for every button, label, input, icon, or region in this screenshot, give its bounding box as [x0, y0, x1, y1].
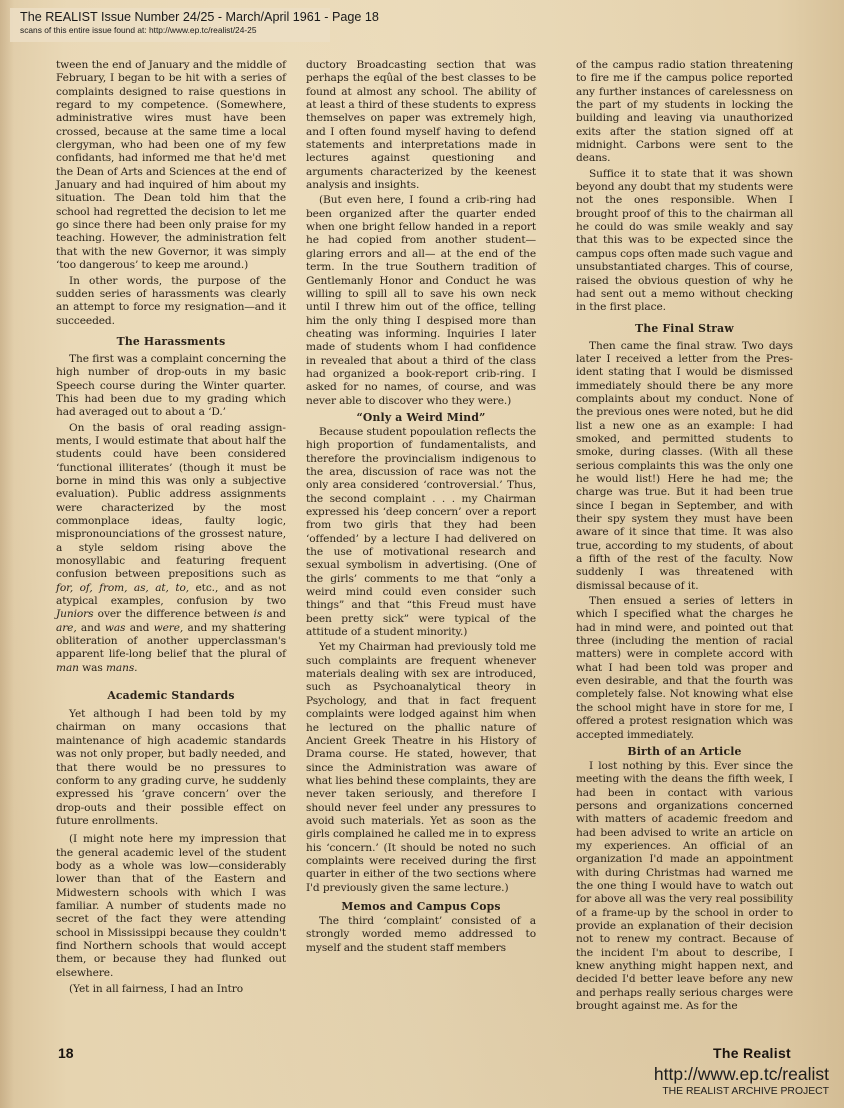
paragraph: Yet although I had been told by my chair… [56, 708, 286, 828]
section-heading-memos-campus-cops: Memos and Campus Cops [306, 900, 536, 913]
text-run: and [125, 622, 153, 634]
paragraph: Yet my Chairman had previously told me s… [306, 641, 536, 895]
italic-text: was [105, 622, 126, 634]
italic-text: man [56, 662, 79, 674]
page-edge-shadow [0, 0, 14, 1108]
italic-text: were, [154, 622, 184, 634]
article-column-1: tween the end of January and the mid­dle… [56, 59, 286, 996]
paragraph: The third ‘complaint’ consisted of a str… [306, 915, 536, 955]
scan-header-banner: The REALIST Issue Number 24/25 - March/A… [10, 8, 330, 42]
paragraph: (Yet in all fairness, I had an Intro­ [56, 983, 286, 996]
archive-url-link[interactable]: http://www.ep.tc/realist [654, 1064, 829, 1084]
text-run: On the basis of oral reading assign­ment… [56, 422, 286, 581]
text-run: over the difference between [93, 608, 253, 620]
paragraph: Then came the final straw. Two days late… [576, 340, 793, 594]
paragraph: Suffice it to state that it was shown be… [576, 168, 793, 315]
paragraph: On the basis of oral reading assign­ment… [56, 422, 286, 676]
paragraph: I lost nothing by this. Ever since the m… [576, 760, 793, 1014]
italic-text: are, [56, 622, 77, 634]
issue-title: The REALIST Issue Number 24/25 - March/A… [20, 10, 330, 25]
paragraph: Then ensued a series of letters in which… [576, 595, 793, 742]
italic-text: mans. [106, 662, 138, 674]
paragraph: In other words, the purpose of the sudde… [56, 275, 286, 328]
paragraph: Because student popoulation reflects the… [306, 426, 536, 640]
section-heading-final-straw: The Final Straw [576, 322, 793, 335]
section-heading-weird-mind: “Only a Weird Mind” [306, 411, 536, 424]
text-run: and [262, 608, 286, 620]
paragraph: (But even here, I found a crib-ring had … [306, 194, 536, 408]
archive-project-name: THE REALIST ARCHIVE PROJECT [662, 1086, 829, 1098]
paragraph: (I might note here my impression that th… [56, 833, 286, 980]
italic-text: for, of, from, as, at, to, [56, 582, 189, 594]
paragraph: The first was a complaint concerning the… [56, 353, 286, 420]
section-heading-harassments: The Harassments [56, 335, 286, 348]
page-number: 18 [58, 1045, 74, 1061]
article-column-3: of the campus radio station threaten­ing… [576, 59, 793, 1013]
section-heading-academic-standards: Academic Standards [56, 689, 286, 702]
italic-text: Juniors [56, 608, 93, 620]
text-run: was [79, 662, 106, 674]
text-run: and [77, 622, 105, 634]
paragraph: of the campus radio station threaten­ing… [576, 59, 793, 166]
article-column-2: ductory Broadcasting section that was pe… [306, 59, 536, 955]
section-heading-birth-of-article: Birth of an Article [576, 745, 793, 758]
paragraph: tween the end of January and the mid­dle… [56, 59, 286, 273]
issue-source-note: scans of this entire issue found at: htt… [20, 25, 330, 36]
italic-text: is [254, 608, 263, 620]
magazine-masthead: The Realist [713, 1045, 791, 1061]
paragraph: ductory Broadcasting section that was pe… [306, 59, 536, 192]
